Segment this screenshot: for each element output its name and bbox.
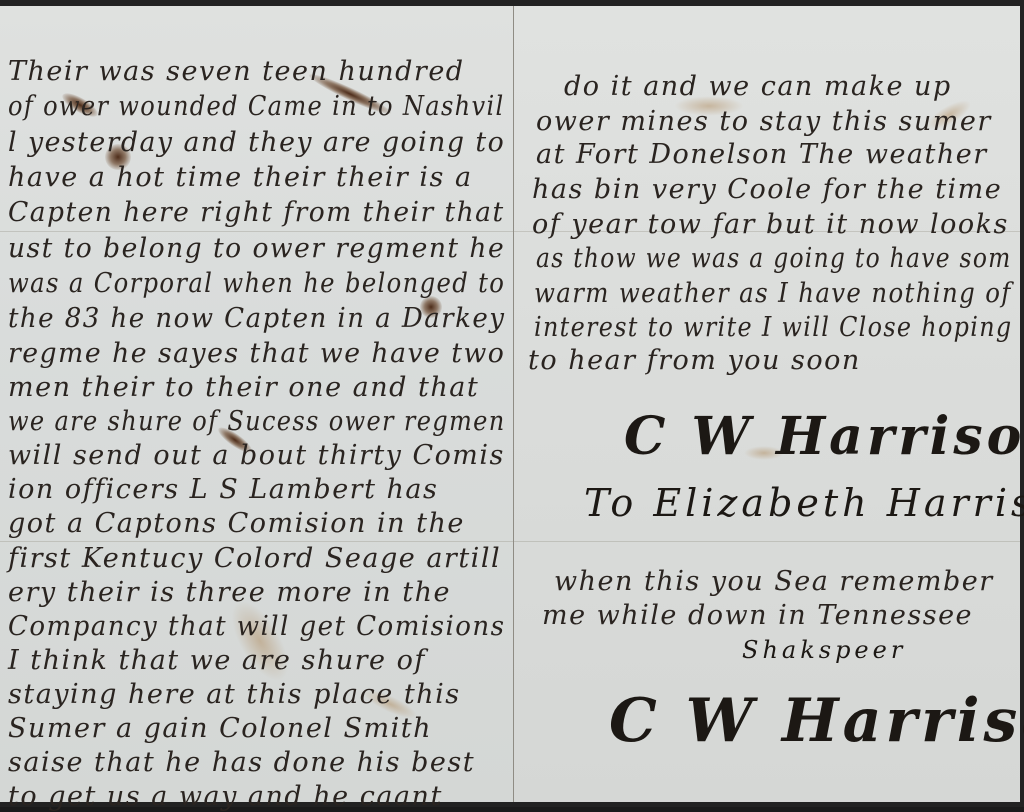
letter-line: to hear from you soon (528, 345, 861, 376)
letter-line: l yesterday and they are going to (8, 127, 505, 158)
addressee-line: To Elizabeth Harrison (584, 481, 1024, 525)
letter-line: interest to write I will Close hoping (534, 312, 1013, 343)
letter-line: at Fort Donelson The weather (536, 139, 988, 170)
fold-line (0, 231, 513, 232)
right-page: do it and we can make up ower mines to s… (514, 6, 1020, 802)
letter-line: staying here at this place this (8, 679, 461, 710)
letter-line: men their to their one and that (8, 372, 479, 403)
letter-line: Their was seven teen hundred (8, 56, 465, 87)
letter-spread: Their was seven teen hundred of ower wou… (0, 0, 1024, 807)
letter-line: do it and we can make up (564, 71, 952, 102)
signature: C W Harrison (609, 686, 1024, 756)
postscript-line: me while down in Tennessee (542, 600, 973, 631)
letter-line: the 83 he now Capten in a Darkey (8, 303, 505, 334)
letter-line: has bin very Coole for the time (532, 174, 1002, 205)
letter-line: I think that we are shure of (8, 645, 426, 676)
letter-line: ust to belong to ower regment he (8, 233, 505, 264)
letter-line: got a Captons Comision in the (8, 508, 465, 539)
letter-line: Compancy that will get Comisions (8, 611, 505, 642)
letter-line: have a hot time their their is a (8, 162, 473, 193)
letter-line: ery their is three more in the (8, 577, 451, 608)
letter-line: regme he sayes that we have two (8, 338, 505, 369)
letter-line: to get us a way and he caant (8, 781, 443, 807)
left-page: Their was seven teen hundred of ower wou… (0, 6, 514, 802)
letter-line: will send out a bout thirty Comis (8, 440, 505, 471)
postscript-line: when this you Sea remember (554, 566, 994, 597)
letter-line: we are shure of Sucess ower regmen (8, 406, 506, 437)
letter-line: Sumer a gain Colonel Smith (8, 713, 432, 744)
letter-line: as thow we was a going to have som (536, 243, 1012, 274)
letter-line: warm weather as I have nothing of (534, 278, 1012, 309)
letter-line: ion officers L S Lambert has (8, 474, 438, 505)
letter-line: ower mines to stay this sumer (536, 106, 992, 137)
attribution: Shakspeer (742, 636, 906, 664)
letter-line: first Kentucy Colord Seage artill (8, 543, 501, 574)
fold-line (0, 541, 513, 542)
letter-line: saise that he has done his best (8, 747, 475, 778)
letter-line: of year tow far but it now looks (532, 209, 1009, 240)
signature: C W Harrison (624, 406, 1024, 467)
fold-line (514, 541, 1020, 542)
letter-line: Capten here right from their that (8, 197, 505, 228)
letter-line: of ower wounded Came in to Nashvil (8, 91, 505, 122)
letter-line: was a Corporal when he belonged to (8, 268, 505, 299)
